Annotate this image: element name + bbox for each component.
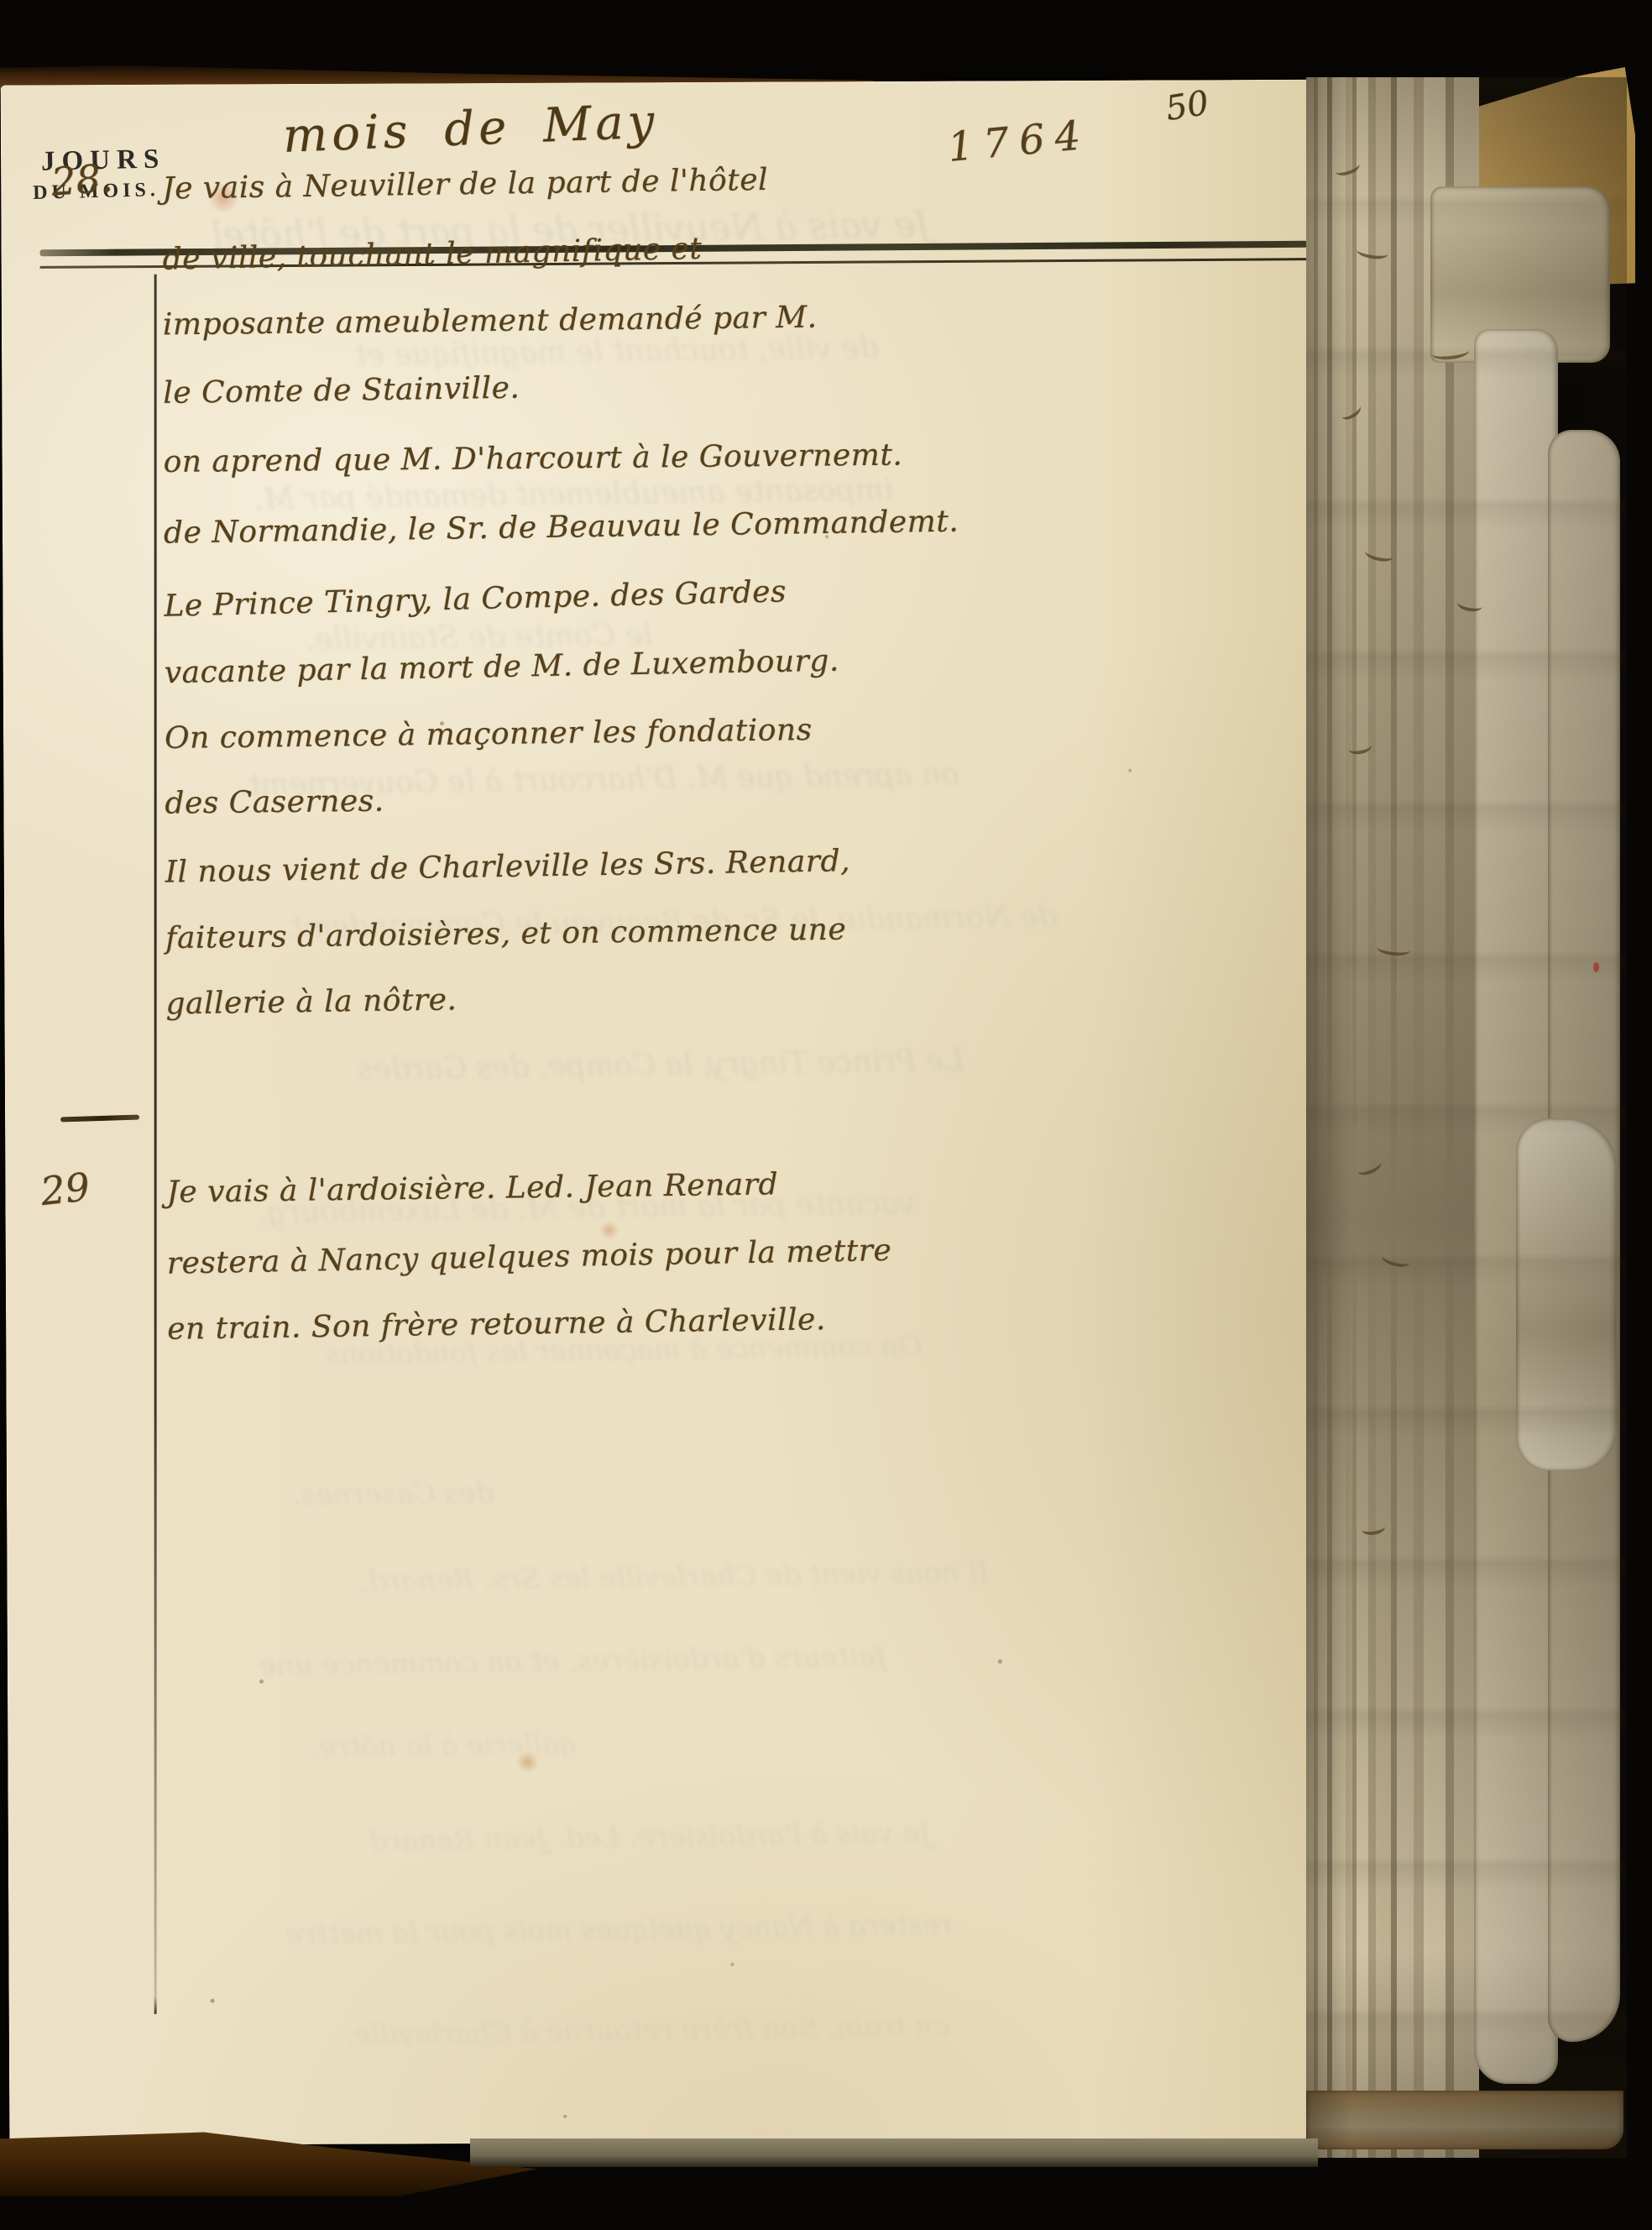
ghost-showthrough-line: Je vais à l'ardoisière. Led. Jean Renard xyxy=(369,1816,932,1858)
paper-speck xyxy=(998,1659,1002,1663)
entry-line: gallerie à la nôtre. xyxy=(165,982,457,1021)
foxing-stain xyxy=(515,1752,540,1772)
fore-edge-shading xyxy=(1306,77,1627,2158)
entry-line: faiteurs d'ardoisières, et on commence u… xyxy=(165,913,847,956)
ghost-showthrough-line: Il nous vient de Charleville les Srs. Re… xyxy=(359,1555,989,1598)
entry-separator-dash xyxy=(60,1115,139,1123)
entry-line: Je vais à l'ardoisière. Led. Jean Renard xyxy=(166,1167,778,1210)
ghost-showthrough-line: faiteurs d'ardoisières, et on commence u… xyxy=(259,1640,886,1683)
entry-line: imposante ameublement demandé par M. xyxy=(163,301,818,343)
entry-line: Il nous vient de Charleville les Srs. Re… xyxy=(165,844,850,890)
paper-speck xyxy=(211,1998,215,2002)
red-ink-speck xyxy=(1593,962,1599,972)
book-scan: Je vais à Neuviller de la part de l'hôte… xyxy=(0,0,1652,2230)
paper-speck xyxy=(259,1679,264,1683)
entry-line: vacante par la mort de M. de Luxembourg. xyxy=(164,644,839,691)
paper-speck xyxy=(440,721,444,725)
entry-line: restera à Nancy quelques mois pour la me… xyxy=(166,1233,891,1281)
month-title: mois de May xyxy=(282,94,660,164)
entry-line: de ville, touchant le magnifique et xyxy=(162,232,702,277)
entry-line: en train. Son frère retourne à Charlevil… xyxy=(167,1302,826,1347)
entry-line: Le Prince Tingry, la Compe. des Gardes xyxy=(164,574,787,623)
entry-line: le Comte de Stainville. xyxy=(163,371,520,411)
page-block-bottom-edge xyxy=(470,2138,1318,2167)
entry-line: Je vais à Neuviller de la part de l'hôte… xyxy=(162,163,768,207)
foxing-stain xyxy=(599,1221,620,1239)
day-column-vertical-rule xyxy=(154,275,157,2014)
entry-line: des Casernes. xyxy=(165,784,384,821)
paper-speck xyxy=(825,535,829,538)
entry-line: de Normandie, le Sr. de Beauvau le Comma… xyxy=(164,505,959,551)
year-number: 1764 xyxy=(946,112,1093,171)
entry-line: On commence à maçonner les fondations xyxy=(165,713,813,756)
book-fore-edge-pages xyxy=(1306,77,1627,2158)
page-number: 50 xyxy=(1163,84,1211,129)
ghost-showthrough-line: des Casernes. xyxy=(292,1476,494,1513)
ghost-showthrough-line: restera à Nancy quelques mois pour la me… xyxy=(285,1908,953,1951)
entry-line: on aprend que M. D'harcourt à le Gouvern… xyxy=(163,438,902,479)
paper-speck xyxy=(563,2115,567,2118)
day-number: 29 xyxy=(39,1164,92,1214)
paper-speck xyxy=(1128,769,1132,772)
day-number: 28. xyxy=(50,154,114,204)
manuscript-page: Je vais à Neuviller de la part de l'hôte… xyxy=(1,79,1365,2145)
ghost-showthrough-line: gallerie à la nôtre. xyxy=(310,1727,578,1765)
ghost-showthrough-line: en train. Son frère retourne à Charlevil… xyxy=(345,2009,950,2052)
paper-speck xyxy=(730,1963,734,1966)
ghost-showthrough-line: Le Prince Tingry, la Compe. des Gardes xyxy=(357,1044,964,1087)
